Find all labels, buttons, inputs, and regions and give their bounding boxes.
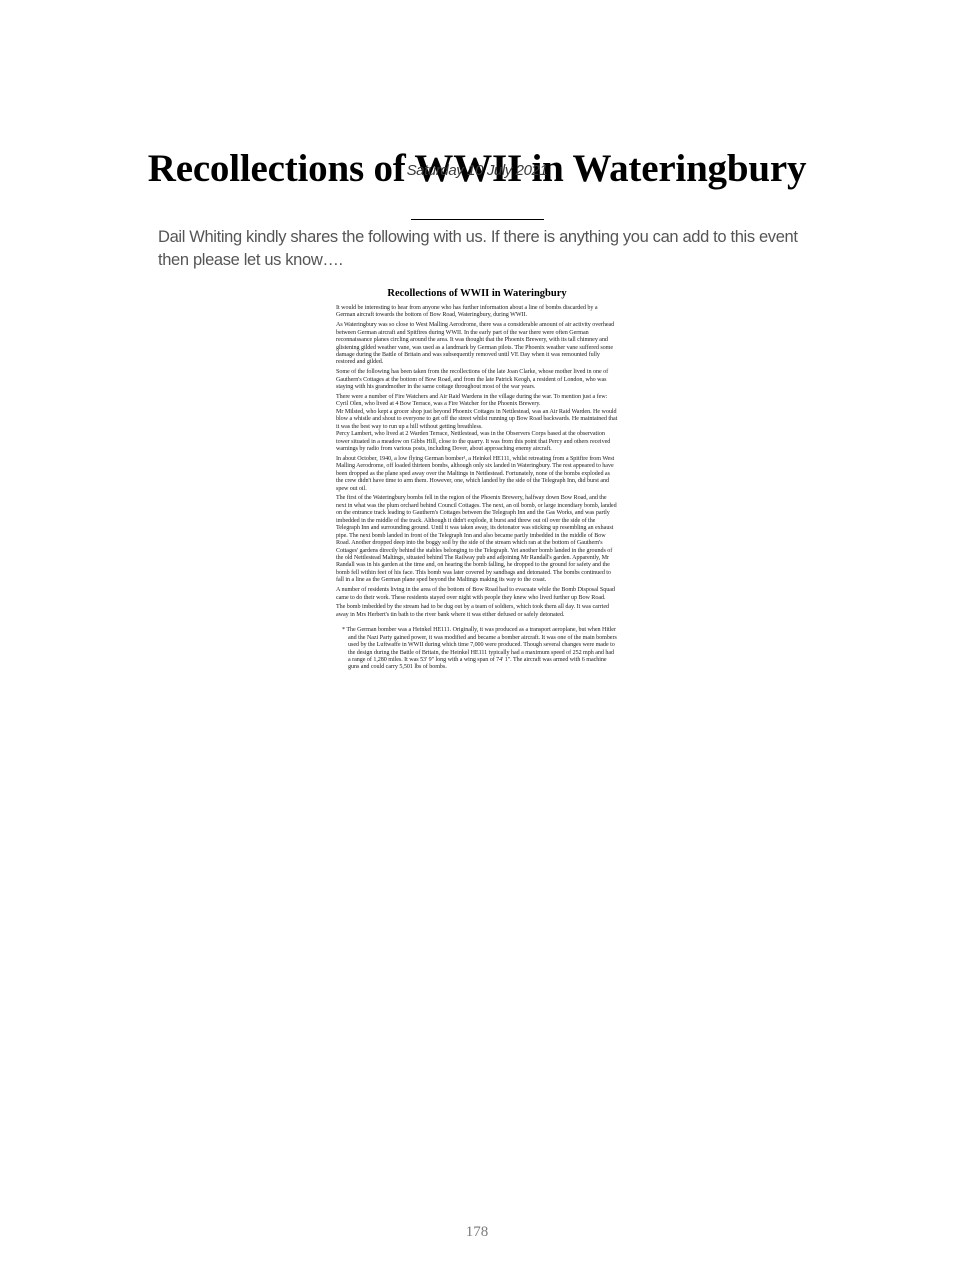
scanned-paragraph: The first of the Wateringbury bombs fell… bbox=[336, 495, 618, 584]
scanned-paragraph: In about October, 1940, a low flying Ger… bbox=[336, 456, 618, 493]
scanned-paragraph: As Wateringbury was so close to West Mal… bbox=[336, 322, 618, 367]
warden-entry: Cyril Olen, who lived at 4 Bow Terrace, … bbox=[336, 401, 618, 408]
scanned-paragraph: It would be interesting to hear from any… bbox=[336, 305, 618, 320]
title-divider bbox=[411, 219, 544, 220]
scanned-paragraph: Some of the following has been taken fro… bbox=[336, 369, 618, 391]
page-number: 178 bbox=[0, 1222, 954, 1242]
intro-paragraph: Dail Whiting kindly shares the following… bbox=[158, 226, 808, 272]
scanned-document-title: Recollections of WWII in Wateringbury bbox=[336, 286, 618, 301]
warden-entry: Percy Lambert, who lived at 2 Warden Ter… bbox=[336, 431, 618, 453]
scanned-document-image: Recollections of WWII in Wateringbury It… bbox=[336, 286, 618, 674]
scanned-paragraph: A number of residents living in the area… bbox=[336, 587, 618, 602]
scanned-footnote: * The German bomber was a Heinkel HE111.… bbox=[336, 627, 618, 672]
scanned-paragraph: The bomb imbedded by the stream had to b… bbox=[336, 604, 618, 619]
post-date: Saturday 10 July 2021 bbox=[0, 161, 954, 181]
warden-entry: Mr Milsted, who kept a grocer shop just … bbox=[336, 409, 618, 431]
